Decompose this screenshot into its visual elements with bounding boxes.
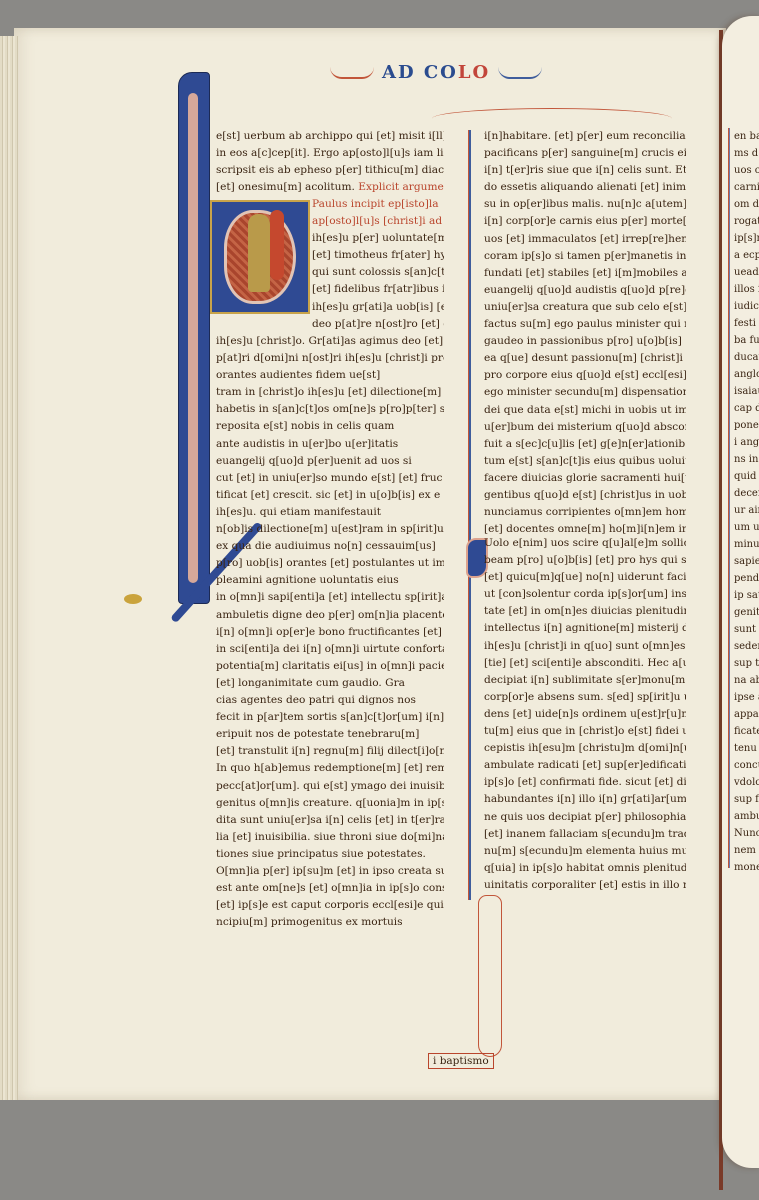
flourish-left-icon <box>330 67 374 79</box>
facing-page-penwork <box>728 128 730 868</box>
column1-lower-text: ih[es]u. qui etiam manifestauit n[ob]is … <box>216 504 444 931</box>
running-head: AD COLO <box>330 62 542 83</box>
column2-bottom-text: Uolo e[nim] uos scire q[u]al[e]m sollici… <box>484 535 686 894</box>
column1-middle-text: ih[es]u [christ]o. Gr[ati]as agimus deo … <box>216 333 444 504</box>
column2-top-text: i[n]habitare. [et] p[er] eum reconciliar… <box>484 128 686 538</box>
running-head-text: AD COLO <box>382 62 490 83</box>
column1-top-text: e[st] uerbum ab archippo qui [et] misit … <box>216 128 444 196</box>
rubric-explicit: Explicit argumentum. <box>358 181 444 193</box>
flourish-right-icon <box>498 67 542 79</box>
saint-paul-figure-icon <box>248 214 270 292</box>
column2-flourish <box>432 108 672 129</box>
catchword: i baptismo <box>428 1053 494 1069</box>
page-edges <box>0 36 18 1100</box>
penwork-tail-flourish <box>478 895 502 1057</box>
column2-penwork-border <box>468 130 471 900</box>
column1-beside-initial: Paulus incipit ep[isto]la ap[osto]l[u]s … <box>312 196 444 333</box>
facing-page-text: en ba ms d uos c carnis om deli rogata i… <box>734 128 759 876</box>
illuminated-initial-stem <box>178 72 210 604</box>
second-figure-icon <box>270 210 284 280</box>
initial-terminal-knob <box>124 594 142 604</box>
